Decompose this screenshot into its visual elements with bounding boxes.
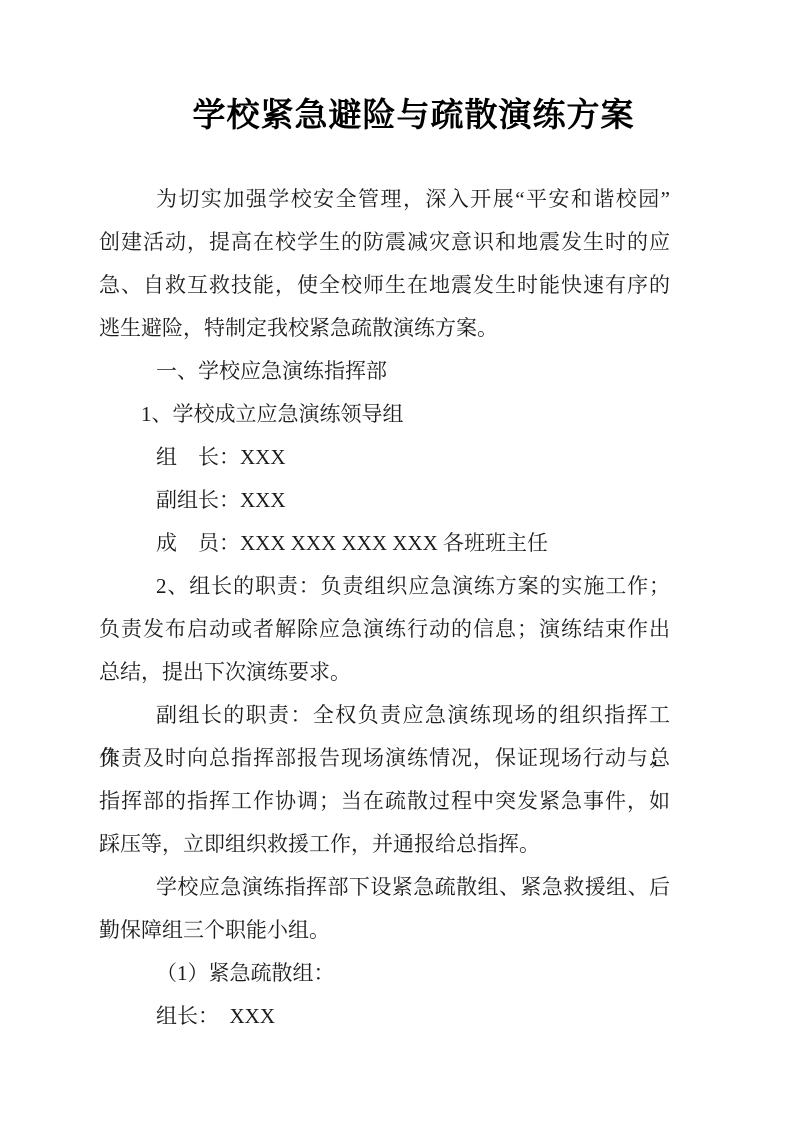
text-line: 组长： XXX xyxy=(99,995,670,1038)
text-line: 逃生避险，特制定我校紧急疏散演练方案。 xyxy=(99,307,670,350)
text-line: 负责发布启动或者解除应急演练行动的信息；演练结束作出 xyxy=(99,608,670,651)
text-line: 为切实加强学校安全管理，深入开展“平安和谐校园” xyxy=(99,178,670,221)
text-line: 负责及时向总指挥部报告现场演练情况，保证现场行动与总 xyxy=(99,737,670,780)
text-line: 一、学校应急演练指挥部 xyxy=(99,350,670,393)
text-line: 副组长：XXX xyxy=(99,479,670,522)
text-line: 学校应急演练指挥部下设紧急疏散组、紧急救援组、后 xyxy=(99,866,670,909)
text-line: 总结，提出下次演练要求。 xyxy=(99,651,670,694)
text-line: 指挥部的指挥工作协调；当在疏散过程中突发紧急事件，如 xyxy=(99,780,670,823)
text-line: 急、自救互救技能，使全校师生在地震发生时能快速有序的 xyxy=(99,264,670,307)
document-page: 学校紧急避险与疏散演练方案 为切实加强学校安全管理，深入开展“平安和谐校园” 创… xyxy=(0,0,793,1122)
document-title: 学校紧急避险与疏散演练方案 xyxy=(99,92,670,140)
text-line: 踩压等，立即组织救援工作，并通报给总指挥。 xyxy=(99,823,670,866)
text-line: 创建活动，提高在校学生的防震减灾意识和地震发生时的应 xyxy=(99,221,670,264)
text-line: 组 长：XXX xyxy=(99,436,670,479)
text-line: 成 员：XXX XXX XXX XXX 各班班主任 xyxy=(99,522,670,565)
text-line: 1、学校成立应急演练领导组 xyxy=(99,393,670,436)
text-line: 2、组长的职责：负责组织应急演练方案的实施工作； xyxy=(99,565,670,608)
document-body: 为切实加强学校安全管理，深入开展“平安和谐校园” 创建活动，提高在校学生的防震减… xyxy=(99,178,670,1038)
text-line: 勤保障组三个职能小组。 xyxy=(99,909,670,952)
text-line: （1）紧急疏散组： xyxy=(99,952,670,995)
text-line: 副组长的职责：全权负责应急演练现场的组织指挥工作； xyxy=(99,694,670,737)
